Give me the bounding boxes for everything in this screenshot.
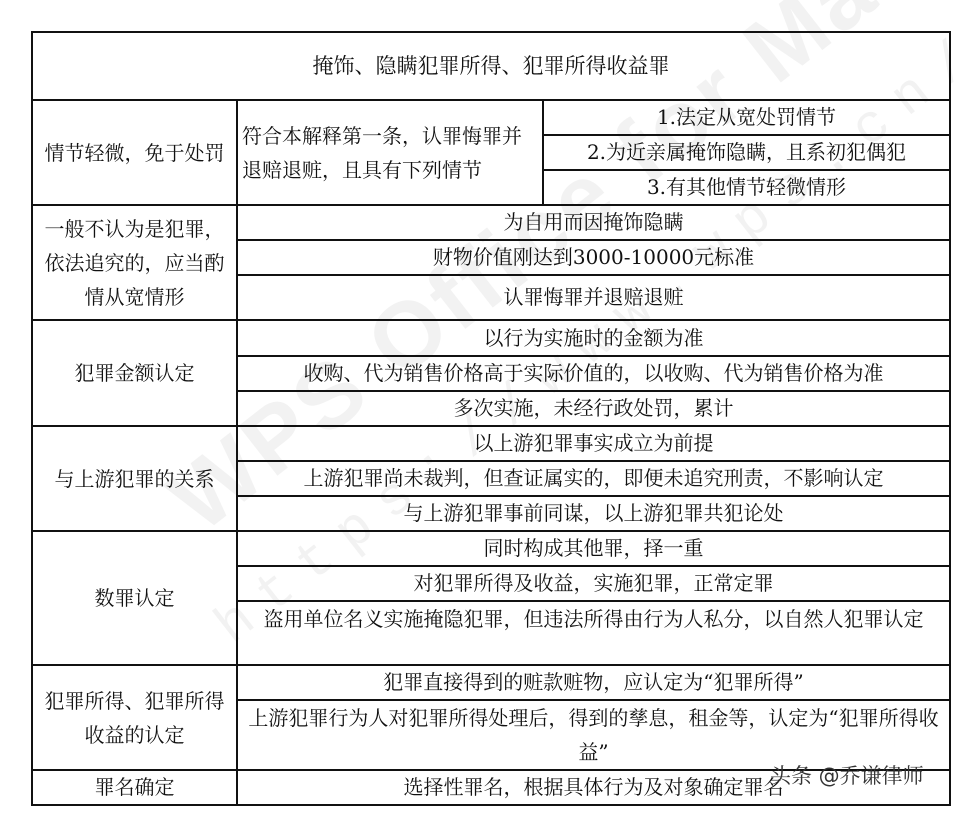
item-cell: 认罪悔罪并退赔退赃	[237, 275, 950, 320]
item-cell: 与上游犯罪事前同谋，以上游犯罪共犯论处	[237, 496, 950, 531]
item-cell: 2.为近亲属掩饰隐瞒，且系初犯偶犯	[543, 135, 950, 170]
item-cell: 多次实施，未经行政处罚，累计	[237, 391, 950, 426]
item-cell: 以上游犯罪事实成立为前提	[237, 426, 950, 461]
summary-table: 掩饰、隐瞒犯罪所得、犯罪所得收益罪 情节轻微，免于处罚 符合本解释第一条，认罪悔…	[31, 31, 951, 806]
table-title: 掩饰、隐瞒犯罪所得、犯罪所得收益罪	[32, 32, 950, 100]
category-charge: 罪名确定	[32, 770, 237, 805]
item-cell: 3.有其他情节轻微情形	[543, 170, 950, 205]
author-signature: 头条 @乔谦律师	[770, 760, 924, 790]
item-cell: 1.法定从宽处罚情节	[543, 100, 950, 135]
category-amount: 犯罪金额认定	[32, 320, 237, 426]
category-upstream: 与上游犯罪的关系	[32, 426, 237, 531]
item-cell: 财物价值刚达到3000-10000元标准	[237, 240, 950, 275]
item-cell: 为自用而因掩饰隐瞒	[237, 205, 950, 240]
category-lenient: 一般不认为是犯罪，依法追究的，应当酌情从宽情形	[32, 205, 237, 320]
item-cell: 以行为实施时的金额为准	[237, 320, 950, 356]
category-multiple: 数罪认定	[32, 531, 237, 665]
category-proceeds: 犯罪所得、犯罪所得收益的认定	[32, 665, 237, 770]
category-minor: 情节轻微，免于处罚	[32, 100, 237, 205]
item-cell: 盗用单位名义实施掩隐犯罪，但违法所得由行为人私分，以自然人犯罪认定	[237, 601, 950, 665]
item-cell: 同时构成其他罪，择一重	[237, 531, 950, 566]
item-cell: 上游犯罪尚未裁判，但查证属实的，即便未追究刑责，不影响认定	[237, 461, 950, 496]
item-cell: 犯罪直接得到的赃款赃物，应认定为“犯罪所得”	[237, 665, 950, 700]
item-cell: 对犯罪所得及收益，实施犯罪，正常定罪	[237, 566, 950, 601]
condition-cell: 符合本解释第一条，认罪悔罪并退赔退赃，且具有下列情节	[237, 100, 543, 205]
item-cell: 收购、代为销售价格高于实际价值的，以收购、代为销售价格为准	[237, 356, 950, 391]
